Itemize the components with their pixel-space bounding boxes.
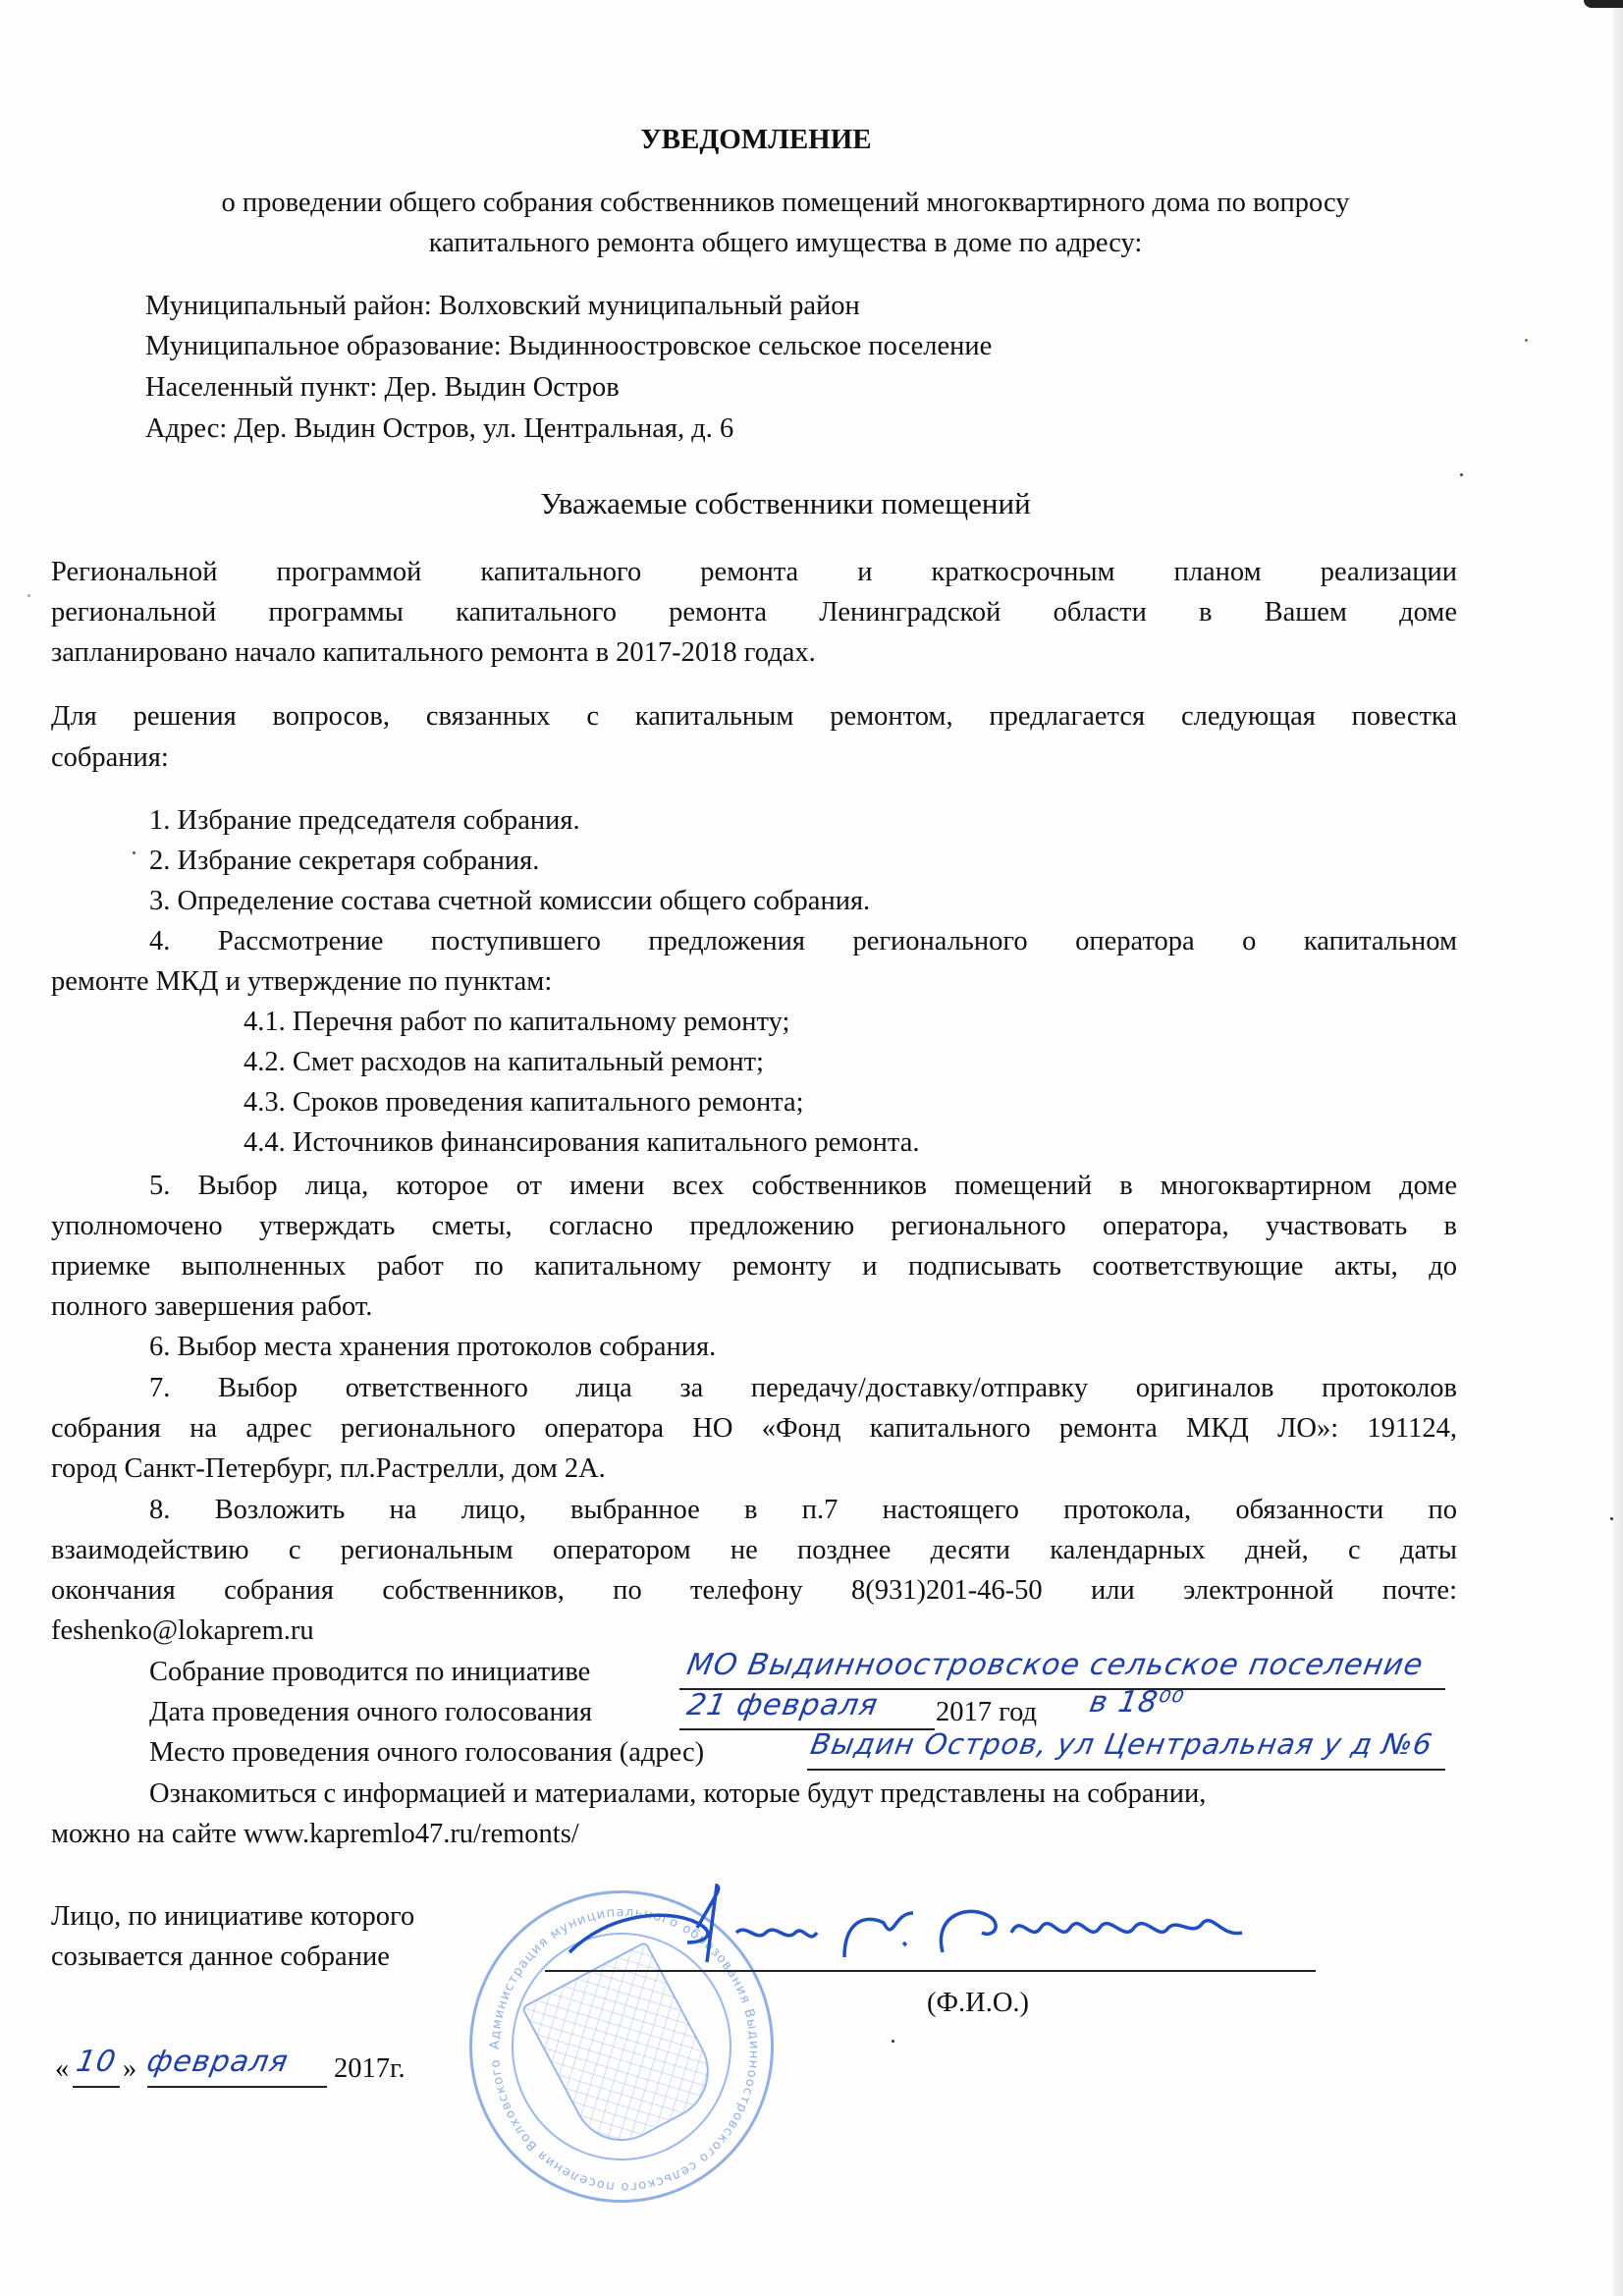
place-underline: [807, 1769, 1445, 1771]
day-handwritten: 10: [74, 2045, 119, 2079]
address-municipality: Муниципальное образование: Выдинноостров…: [145, 327, 992, 366]
scan-edge: [1613, 0, 1623, 2296]
agenda-item-7-cont: собрания на адрес регионального оператор…: [51, 1409, 1457, 1449]
date-year-suffix: 2017г.: [334, 2050, 406, 2089]
subtitle-line-2: капитального ремонта общего имущества в …: [29, 224, 1542, 263]
subtitle-line-1: о проведении общего собрания собственник…: [29, 184, 1542, 223]
agenda-item-1: 1. Избрание председателя собрания.: [149, 801, 580, 841]
agenda-item-2: 2. Избрание секретаря собрания.: [149, 842, 539, 881]
agenda-item-4-4: 4.4. Источников финансирования капитальн…: [243, 1123, 920, 1163]
agenda-item-5-cont: уполномочено утверждать сметы, согласно …: [51, 1207, 1457, 1246]
agenda-item-4-3: 4.3. Сроков проведения капитального ремо…: [243, 1083, 804, 1122]
scan-corner: [1584, 0, 1623, 8]
place-label: Место проведения очного голосования (адр…: [149, 1733, 704, 1773]
place-handwritten: Выдин Остров, ул Центральная у д №6: [808, 1727, 1435, 1761]
month-handwritten: февраля: [144, 2045, 292, 2079]
intro-paragraph-line: запланировано начало капитального ремонт…: [51, 633, 816, 673]
day-underline: [73, 2086, 120, 2088]
agenda-item-4: 4. Рассмотрение поступившего предложения…: [149, 922, 1457, 961]
date-close-quote: »: [123, 2050, 136, 2089]
date-open-quote: «: [55, 2050, 69, 2089]
info-line-2: можно на сайте www.kapremlo47.ru/remonts…: [51, 1815, 579, 1854]
scan-speck: [133, 851, 135, 854]
document-title: УВЕДОМЛЕНИЕ: [0, 120, 1512, 159]
agenda-item-4-2: 4.2. Смет расходов на капитальный ремонт…: [243, 1043, 764, 1082]
agenda-item-6: 6. Выбор места хранения протоколов собра…: [149, 1328, 716, 1367]
agenda-item-5-cont: полного завершения работ.: [51, 1287, 372, 1327]
agenda-item-3: 3. Определение состава счетной комиссии …: [149, 882, 870, 921]
agenda-item-4-cont: ремонте МКД и утверждение по пунктам:: [51, 962, 552, 1002]
time-handwritten: в 18⁰⁰: [1087, 1685, 1187, 1720]
address-district: Муниципальный район: Волховский муниципа…: [145, 287, 860, 326]
agenda-item-7-cont: город Санкт-Петербург, пл.Растрелли, дом…: [51, 1449, 606, 1489]
date-label: Дата проведения очного голосования: [149, 1693, 592, 1732]
signatory-label-line-1: Лицо, по инициативе которого: [51, 1897, 414, 1937]
date-year: 2017 год: [936, 1693, 1037, 1732]
address-settlement: Населенный пункт: Дер. Выдин Остров: [145, 368, 620, 408]
agenda-item-8: 8. Возложить на лицо, выбранное в п.7 на…: [149, 1491, 1457, 1530]
scan-speck: [892, 2040, 894, 2043]
svg-text:Тимофеева М. Тимофеева: Тимофеева М. Тимофеева: [550, 1884, 562, 1885]
initiative-handwritten: МО Выдинноостровское сельское поселение: [684, 1648, 1427, 1682]
agenda-intro-line: Для решения вопросов, связанных с капита…: [51, 697, 1457, 737]
agenda-item-8-cont: взаимодействию с региональным оператором…: [51, 1531, 1457, 1570]
date-handwritten: 21 февраля: [684, 1688, 881, 1722]
scan-speck: [27, 594, 30, 597]
month-underline: [147, 2086, 327, 2088]
info-line-1: Ознакомиться с информацией и материалами…: [149, 1775, 1206, 1814]
agenda-item-5: 5. Выбор лица, которое от имени всех соб…: [149, 1167, 1457, 1206]
agenda-item-8-cont: окончания собрания собственников, по тел…: [51, 1571, 1457, 1611]
intro-paragraph-line: региональной программы капитального ремо…: [51, 593, 1457, 632]
signatory-label-line-2: созывается данное собрание: [51, 1938, 390, 1977]
intro-paragraph-line: Региональной программой капитального рем…: [51, 553, 1457, 592]
scan-speck: [1525, 339, 1528, 342]
fio-caption: (Ф.И.О.): [927, 1984, 1029, 2023]
greeting-heading: Уважаемые собственники помещений: [29, 484, 1542, 523]
address-street: Адрес: Дер. Выдин Остров, ул. Центральна…: [145, 410, 733, 449]
scan-speck: [1460, 473, 1463, 476]
scanned-document-page: УВЕДОМЛЕНИЕ о проведении общего собрания…: [0, 0, 1623, 2296]
initiative-label: Собрание проводится по инициативе: [149, 1653, 590, 1692]
handwritten-signature: Тимофеева М. Тимофеева: [550, 1884, 1316, 1972]
agenda-item-5-cont: приемке выполненных работ по капитальном…: [51, 1247, 1457, 1286]
agenda-item-4-1: 4.1. Перечня работ по капитальному ремон…: [243, 1003, 789, 1042]
agenda-intro-line: собрания:: [51, 738, 169, 778]
scan-speck: [1610, 1517, 1613, 1520]
contact-email: feshenko@lokaprem.ru: [51, 1612, 314, 1651]
agenda-item-7: 7. Выбор ответственного лица за передачу…: [149, 1369, 1457, 1408]
